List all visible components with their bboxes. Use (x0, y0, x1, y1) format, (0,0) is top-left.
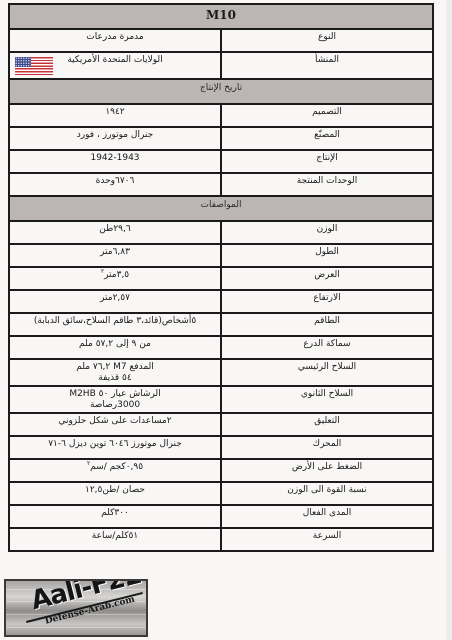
row-value-crew: ٥أشخاص(قائد،٣ طاقم السلاح،سائق الدبابة) (9, 313, 221, 336)
table-row: سماكة الدرع من ٩ إلى ٥٧,٢ ملم (9, 336, 433, 359)
row-label-units: الوحدات المنتجة (221, 173, 433, 196)
table-row: التصميم ١٩٤٢ (9, 104, 433, 127)
usa-flag-icon (15, 57, 53, 75)
main-armament-line1: المدفع M7 ٧٦,٢ ملم (13, 362, 217, 373)
row-label-weight: الوزن (221, 221, 433, 244)
table-row: النوع مدمرة مدرعات (9, 29, 433, 52)
secondary-armament-line2: 3000رصاصة (13, 400, 217, 411)
table-row: الإنتاج 1942-1943 (9, 150, 433, 173)
row-value-weight: ٢٩,٦طن (9, 221, 221, 244)
row-label-width: العرض (221, 267, 433, 290)
table-row: نسبة القوة الى الوزن حصان /طن١٢,٥ (9, 482, 433, 505)
origin-text: الولايات المتحدة الأمريكية (67, 55, 162, 65)
specs-table: M10 النوع مدمرة مدرعات المنشأ الولايات ا… (8, 3, 434, 552)
row-value-length: ٦,٨٣متر (9, 244, 221, 267)
row-label-engine: المحرك (221, 436, 433, 459)
row-value-origin: الولايات المتحدة الأمريكية (9, 52, 221, 79)
table-row: السلاح الثانوي الرشاش عيار ٥٠ M2HB 3000ر… (9, 386, 433, 413)
main-armament-line2: ٥٤ قذيفة (13, 373, 217, 384)
table-row: المنشأ الولايات المتحدة الأمريكية (9, 52, 433, 79)
row-value-main-armament: المدفع M7 ٧٦,٢ ملم ٥٤ قذيفة (9, 359, 221, 386)
row-label-design: التصميم (221, 104, 433, 127)
table-row: المحرك جنرال موتورز ٦٠٤٦ توين ديزل ٦-٧١ (9, 436, 433, 459)
table-row: التعليق ٢مساعدات على شكل حلزوني (9, 413, 433, 436)
section-title-specs: المواصفات (9, 196, 433, 221)
row-value-design: ١٩٤٢ (9, 104, 221, 127)
secondary-armament-line1: الرشاش عيار ٥٠ M2HB (13, 389, 217, 400)
ground-pressure-value: ٠,٩٥كجم /سم (90, 462, 143, 472)
table-row: الارتفاع ٢,٥٧متر (9, 290, 433, 313)
row-label-main-armament: السلاح الرئيسي (221, 359, 433, 386)
row-label-suspension: التعليق (221, 413, 433, 436)
row-value-power-weight: حصان /طن١٢,٥ (9, 482, 221, 505)
row-label-crew: الطاقم (221, 313, 433, 336)
page-edge (446, 0, 452, 640)
row-value-production: 1942-1943 (9, 150, 221, 173)
row-label-speed: السرعة (221, 528, 433, 551)
table-row: العرض ٣,٥متر٢ (9, 267, 433, 290)
row-label-ground-pressure: الضغط على الأرض (221, 459, 433, 482)
row-value-speed: ٥١كلم/ساعة (9, 528, 221, 551)
table-row: الضغط على الأرض ٠,٩٥كجم /سم٢ (9, 459, 433, 482)
row-label-armor: سماكة الدرع (221, 336, 433, 359)
table-row: الوحدات المنتجة ٦٧٠٦وحدة (9, 173, 433, 196)
row-label-origin: المنشأ (221, 52, 433, 79)
row-value-suspension: ٢مساعدات على شكل حلزوني (9, 413, 221, 436)
logo-streak (6, 627, 146, 628)
row-label-secondary-armament: السلاح الثانوي (221, 386, 433, 413)
row-label-range: المدى الفعال (221, 505, 433, 528)
row-label-length: الطول (221, 244, 433, 267)
row-value-manufacturer: جنرال موتورز ، فورد (9, 127, 221, 150)
row-label-power-weight: نسبة القوة الى الوزن (221, 482, 433, 505)
row-label-type: النوع (221, 29, 433, 52)
table-row: المصنّع جنرال موتورز ، فورد (9, 127, 433, 150)
watermark-logo: Aali-F22 Defense-Arab.com (4, 579, 148, 637)
width-value: ٣,٥متر (104, 270, 129, 280)
section-title-production: تاريخ الإنتاج (9, 79, 433, 104)
title-row: M10 (9, 4, 433, 29)
row-value-ground-pressure: ٠,٩٥كجم /سم٢ (9, 459, 221, 482)
vehicle-title: M10 (9, 4, 433, 29)
table-row: الطول ٦,٨٣متر (9, 244, 433, 267)
row-value-height: ٢,٥٧متر (9, 290, 221, 313)
row-value-engine: جنرال موتورز ٦٠٤٦ توين ديزل ٦-٧١ (9, 436, 221, 459)
row-value-type: مدمرة مدرعات (9, 29, 221, 52)
table-row: الوزن ٢٩,٦طن (9, 221, 433, 244)
row-value-width: ٣,٥متر٢ (9, 267, 221, 290)
section-header-production: تاريخ الإنتاج (9, 79, 433, 104)
table-row: السلاح الرئيسي المدفع M7 ٧٦,٢ ملم ٥٤ قذي… (9, 359, 433, 386)
row-value-units: ٦٧٠٦وحدة (9, 173, 221, 196)
section-header-specs: المواصفات (9, 196, 433, 221)
row-label-manufacturer: المصنّع (221, 127, 433, 150)
row-value-armor: من ٩ إلى ٥٧,٢ ملم (9, 336, 221, 359)
table-row: المدى الفعال ٣٠٠كلم (9, 505, 433, 528)
table-row: السرعة ٥١كلم/ساعة (9, 528, 433, 551)
flag-canton (15, 57, 31, 67)
row-value-range: ٣٠٠كلم (9, 505, 221, 528)
row-label-production: الإنتاج (221, 150, 433, 173)
row-label-height: الارتفاع (221, 290, 433, 313)
row-value-secondary-armament: الرشاش عيار ٥٠ M2HB 3000رصاصة (9, 386, 221, 413)
table-row: الطاقم ٥أشخاص(قائد،٣ طاقم السلاح،سائق ال… (9, 313, 433, 336)
